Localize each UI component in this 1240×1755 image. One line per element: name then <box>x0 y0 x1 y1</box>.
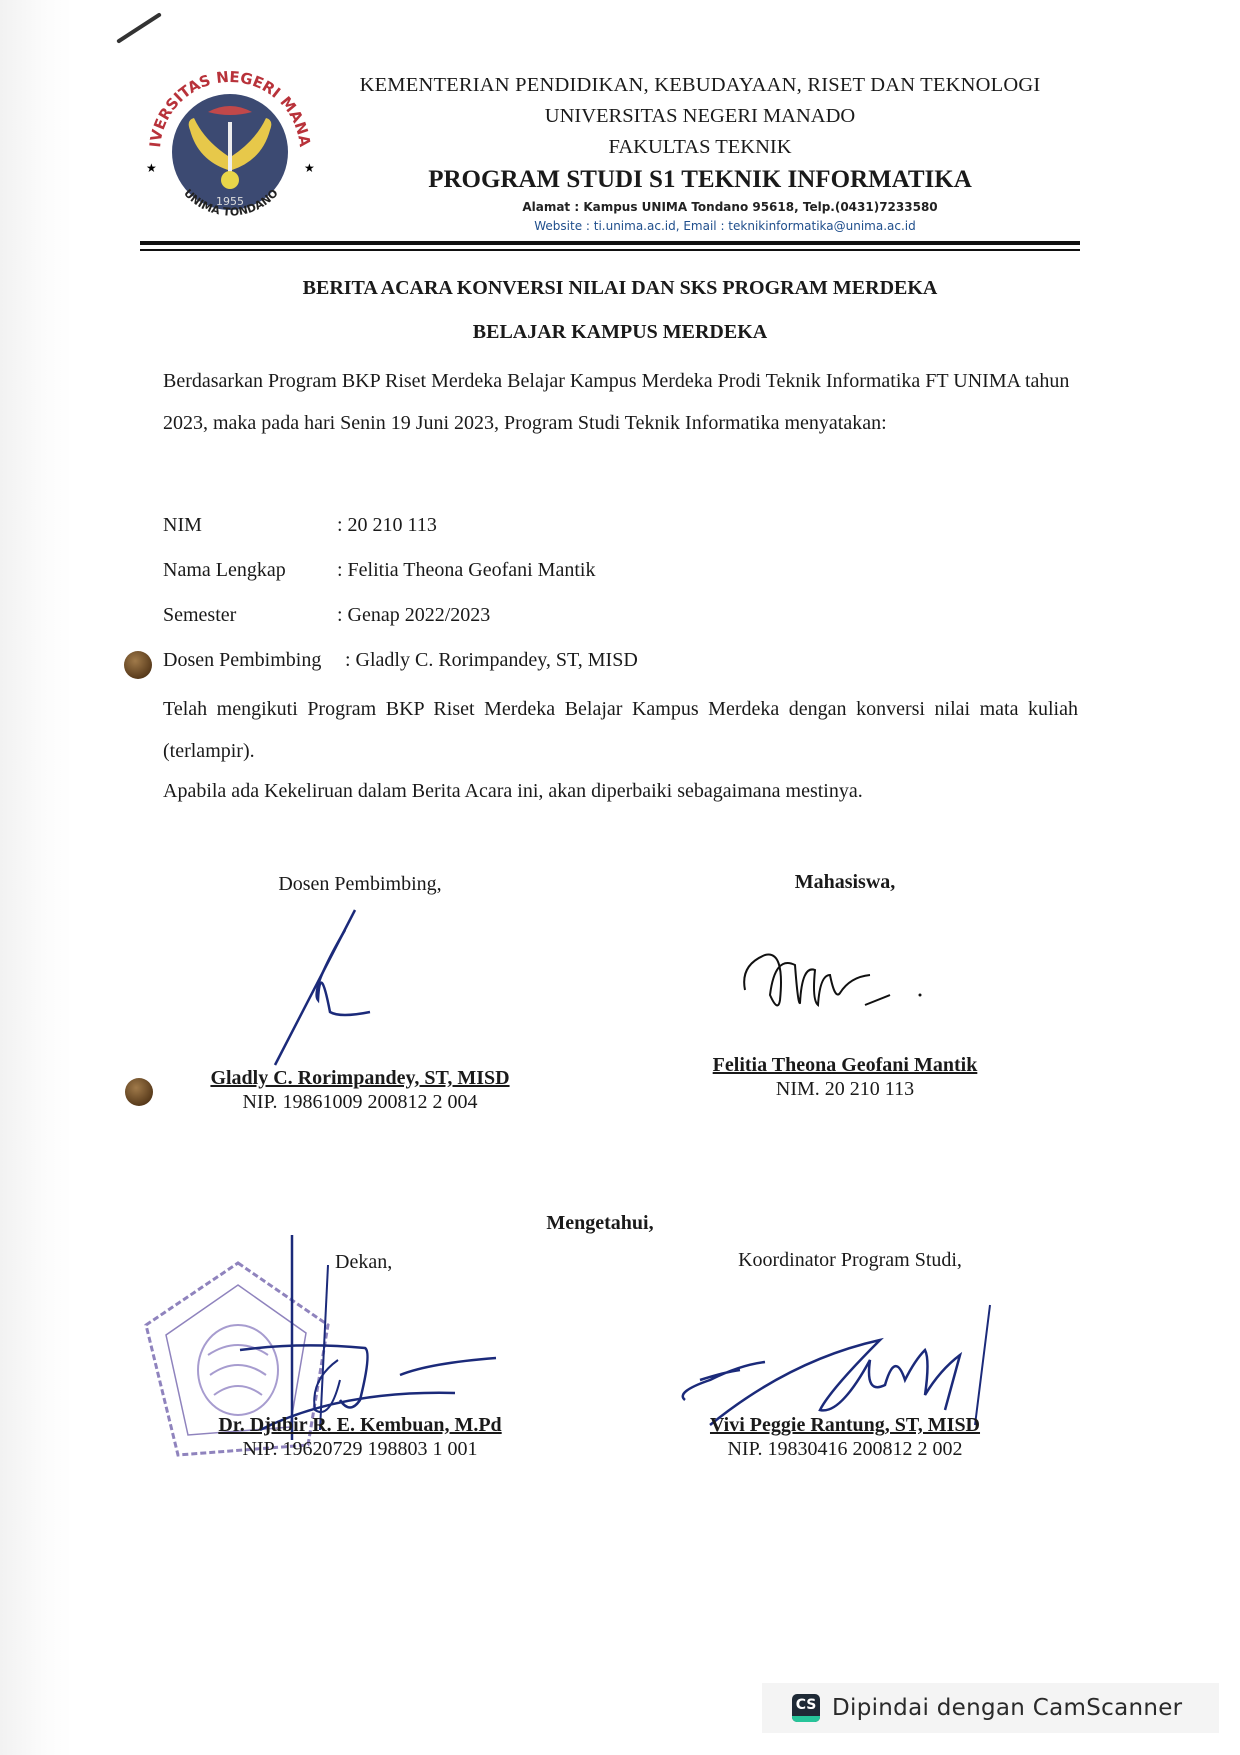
supervisor-signature-icon <box>250 900 390 1070</box>
university-name: UNIVERSITAS NEGERI MANADO <box>320 101 1080 132</box>
website-email: Website : ti.unima.ac.id, Email : teknik… <box>320 217 1080 236</box>
field-nim: NIM : 20 210 113 <box>163 503 638 548</box>
signatory-nip: NIP. 19830416 200812 2 002 <box>685 1437 1005 1461</box>
field-label: Dosen Pembimbing <box>163 649 345 672</box>
intro-paragraph: Berdasarkan Program BKP Riset Merdeka Be… <box>163 360 1078 444</box>
signature-coordinator-name: Vivi Peggie Rantung, ST, MISD NIP. 19830… <box>685 1413 1005 1461</box>
pen-mark <box>116 12 162 44</box>
field-label: Nama Lengkap <box>163 559 337 582</box>
acknowledged-text: Mengetahui, <box>530 1212 670 1235</box>
camscanner-logo-icon: CS <box>792 1694 820 1722</box>
field-value: : Gladly C. Rorimpandey, ST, MISD <box>345 649 638 672</box>
document-title: BERITA ACARA KONVERSI NILAI DAN SKS PROG… <box>220 266 1020 354</box>
signatory-name: Felitia Theona Geofani Mantik <box>690 1053 1000 1077</box>
signature-supervisor-name: Gladly C. Rorimpandey, ST, MISD NIP. 198… <box>175 1066 545 1114</box>
field-label: Semester <box>163 604 337 627</box>
scan-edge-shadow <box>0 0 72 1755</box>
signature-student: Mahasiswa, <box>720 870 970 894</box>
student-details: NIM : 20 210 113 Nama Lengkap : Felitia … <box>163 503 638 683</box>
punch-hole <box>125 1078 153 1106</box>
svg-text:★: ★ <box>146 161 157 175</box>
field-semester: Semester : Genap 2022/2023 <box>163 593 638 638</box>
student-signature-icon <box>740 945 930 1025</box>
signatory-name: Vivi Peggie Rantung, ST, MISD <box>685 1413 1005 1437</box>
svg-text:★: ★ <box>304 161 315 175</box>
field-full-name: Nama Lengkap : Felitia Theona Geofani Ma… <box>163 548 638 593</box>
faculty-name: FAKULTAS TEKNIK <box>320 132 1080 163</box>
letterhead-rule-thick <box>140 241 1080 245</box>
signature-student-name: Felitia Theona Geofani Mantik NIM. 20 21… <box>690 1053 1000 1101</box>
signatory-name: Gladly C. Rorimpandey, ST, MISD <box>175 1066 545 1090</box>
signatory-nip: NIP. 19861009 200812 2 004 <box>175 1090 545 1114</box>
acknowledged-label: Mengetahui, <box>530 1212 670 1235</box>
closing-paragraph: Apabila ada Kekeliruan dalam Berita Acar… <box>163 770 1078 812</box>
signature-heading: Dosen Pembimbing, <box>200 872 520 896</box>
title-line-2: BELAJAR KAMPUS MERDEKA <box>220 310 1020 354</box>
coordinator-signature-icon <box>670 1300 1010 1430</box>
signature-heading: Mahasiswa, <box>720 870 970 894</box>
camscanner-watermark: CS Dipindai dengan CamScanner <box>762 1683 1219 1733</box>
signature-dean-name: Dr. Djubir R. E. Kembuan, M.Pd NIP. 1962… <box>185 1413 535 1461</box>
signatory-nip: NIP. 19620729 198803 1 001 <box>185 1437 535 1461</box>
program-name: PROGRAM STUDI S1 TEKNIK INFORMATIKA <box>320 164 1080 196</box>
field-supervisor: Dosen Pembimbing : Gladly C. Rorimpandey… <box>163 638 638 683</box>
signatory-name: Dr. Djubir R. E. Kembuan, M.Pd <box>185 1413 535 1437</box>
university-logo: 1955 UNIVERSITAS NEGERI MANADO UNIMA TON… <box>138 60 323 230</box>
signature-supervisor: Dosen Pembimbing, <box>200 872 520 896</box>
camscanner-text: Dipindai dengan CamScanner <box>832 1695 1182 1721</box>
signatory-nim: NIM. 20 210 113 <box>690 1077 1000 1101</box>
address: Alamat : Kampus UNIMA Tondano 95618, Tel… <box>320 198 1080 217</box>
statement-paragraph: Telah mengikuti Program BKP Riset Merdek… <box>163 688 1078 772</box>
signature-heading: Koordinator Program Studi, <box>700 1248 1000 1272</box>
ministry-name: KEMENTERIAN PENDIDIKAN, KEBUDAYAAN, RISE… <box>320 70 1080 101</box>
field-value: : Genap 2022/2023 <box>337 604 490 627</box>
field-value: : Felitia Theona Geofani Mantik <box>337 559 595 582</box>
field-value: : 20 210 113 <box>337 514 437 537</box>
field-label: NIM <box>163 514 337 537</box>
signature-coordinator: Koordinator Program Studi, <box>700 1248 1000 1272</box>
letterhead: KEMENTERIAN PENDIDIKAN, KEBUDAYAAN, RISE… <box>320 70 1080 236</box>
punch-hole <box>124 651 152 679</box>
letterhead-rule-thin <box>140 249 1080 251</box>
title-line-1: BERITA ACARA KONVERSI NILAI DAN SKS PROG… <box>220 266 1020 310</box>
